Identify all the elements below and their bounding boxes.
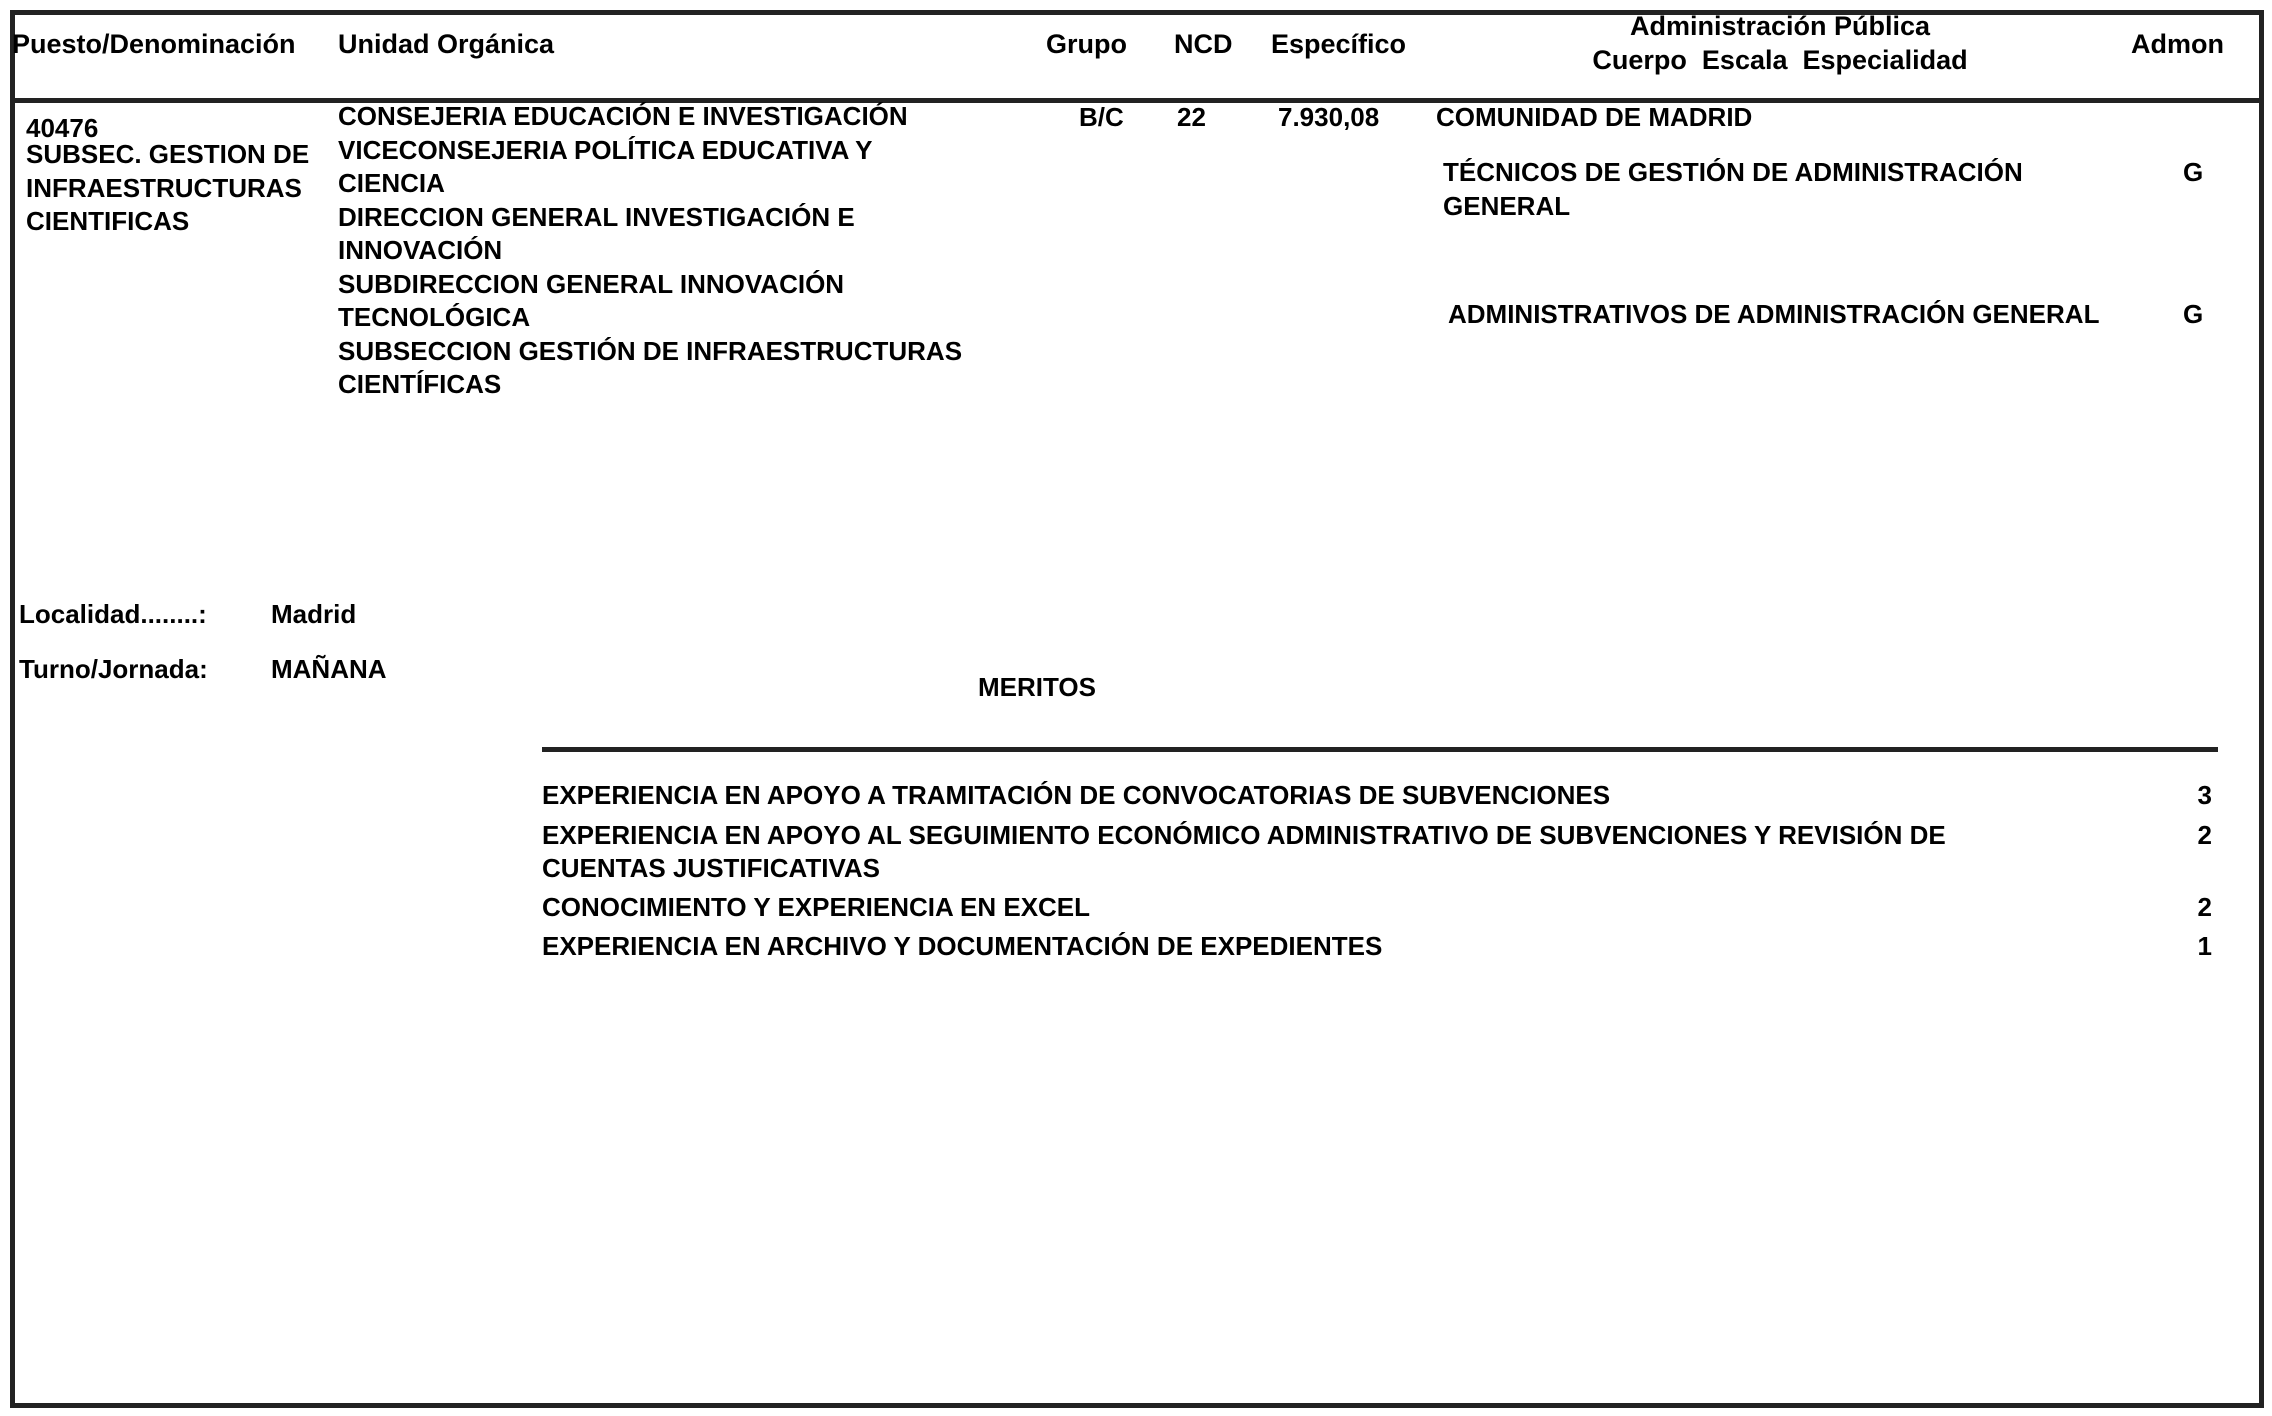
unidad-line: TECNOLÓGICA [338, 301, 962, 335]
header-admon: Admon [2131, 28, 2224, 61]
unidad-line: SUBSECCION GESTIÓN DE INFRAESTRUCTURAS [338, 335, 962, 369]
header-puesto: Puesto/Denominación [12, 28, 296, 61]
administracion-value: COMUNIDAD DE MADRID [1436, 101, 1752, 134]
merit-score: 3 [2198, 779, 2212, 812]
unidad-line: CIENCIA [338, 167, 962, 201]
merit-text: EXPERIENCIA EN APOYO AL SEGUIMIENTO ECON… [542, 819, 2072, 885]
especifico-value: 7.930,08 [1278, 101, 1379, 134]
cuerpo-line: TÉCNICOS DE GESTIÓN DE ADMINISTRACIÓN [1443, 156, 2023, 190]
header-ncd: NCD [1174, 28, 1233, 61]
cuerpo-item: TÉCNICOS DE GESTIÓN DE ADMINISTRACIÓN GE… [1443, 156, 2023, 223]
header-unidad: Unidad Orgánica [338, 28, 554, 61]
unidad-organica: CONSEJERIA EDUCACIÓN E INVESTIGACIÓN VIC… [338, 100, 962, 402]
header-grupo: Grupo [1046, 28, 1127, 61]
cuerpo-line: GENERAL [1443, 190, 2023, 224]
header-cuerpo-escala: Cuerpo Escala Especialidad [1540, 44, 2020, 77]
cuerpo-item: ADMINISTRATIVOS DE ADMINISTRACIÓN GENERA… [1448, 298, 2099, 332]
unidad-line: DIRECCION GENERAL INVESTIGACIÓN E [338, 201, 962, 235]
merit-text: EXPERIENCIA EN APOYO A TRAMITACIÓN DE CO… [542, 779, 2072, 812]
turno-label: Turno/Jornada: [19, 653, 208, 686]
unidad-line: VICECONSEJERIA POLÍTICA EDUCATIVA Y [338, 134, 962, 168]
merit-score: 2 [2198, 819, 2212, 852]
ncd-value: 22 [1177, 101, 1206, 134]
unidad-line: CONSEJERIA EDUCACIÓN E INVESTIGACIÓN [338, 100, 962, 134]
cuerpo-admon: G [2183, 298, 2203, 331]
meritos-divider [542, 747, 2218, 752]
grupo-value: B/C [1079, 101, 1124, 134]
unidad-line: INNOVACIÓN [338, 234, 962, 268]
merit-text: EXPERIENCIA EN ARCHIVO Y DOCUMENTACIÓN D… [542, 930, 2072, 963]
puesto-denominacion: SUBSEC. GESTION DE INFRAESTRUCTURAS CIEN… [26, 138, 309, 239]
denominacion-line: SUBSEC. GESTION DE [26, 138, 309, 172]
unidad-line: SUBDIRECCION GENERAL INNOVACIÓN [338, 268, 962, 302]
meritos-title: MERITOS [978, 671, 1096, 704]
merit-score: 1 [2198, 930, 2212, 963]
denominacion-line: CIENTIFICAS [26, 205, 309, 239]
unidad-line: CIENTÍFICAS [338, 368, 962, 402]
cuerpo-line: ADMINISTRATIVOS DE ADMINISTRACIÓN GENERA… [1448, 298, 2099, 332]
localidad-label: Localidad........: [19, 598, 207, 631]
localidad-value: Madrid [271, 598, 356, 631]
turno-value: MAÑANA [271, 653, 387, 686]
header-especifico: Específico [1271, 28, 1406, 61]
denominacion-line: INFRAESTRUCTURAS [26, 172, 309, 206]
merit-score: 2 [2198, 891, 2212, 924]
header-administracion: Administración Pública [1580, 10, 1980, 43]
merit-text: CONOCIMIENTO Y EXPERIENCIA EN EXCEL [542, 891, 2072, 924]
cuerpo-admon: G [2183, 156, 2203, 189]
